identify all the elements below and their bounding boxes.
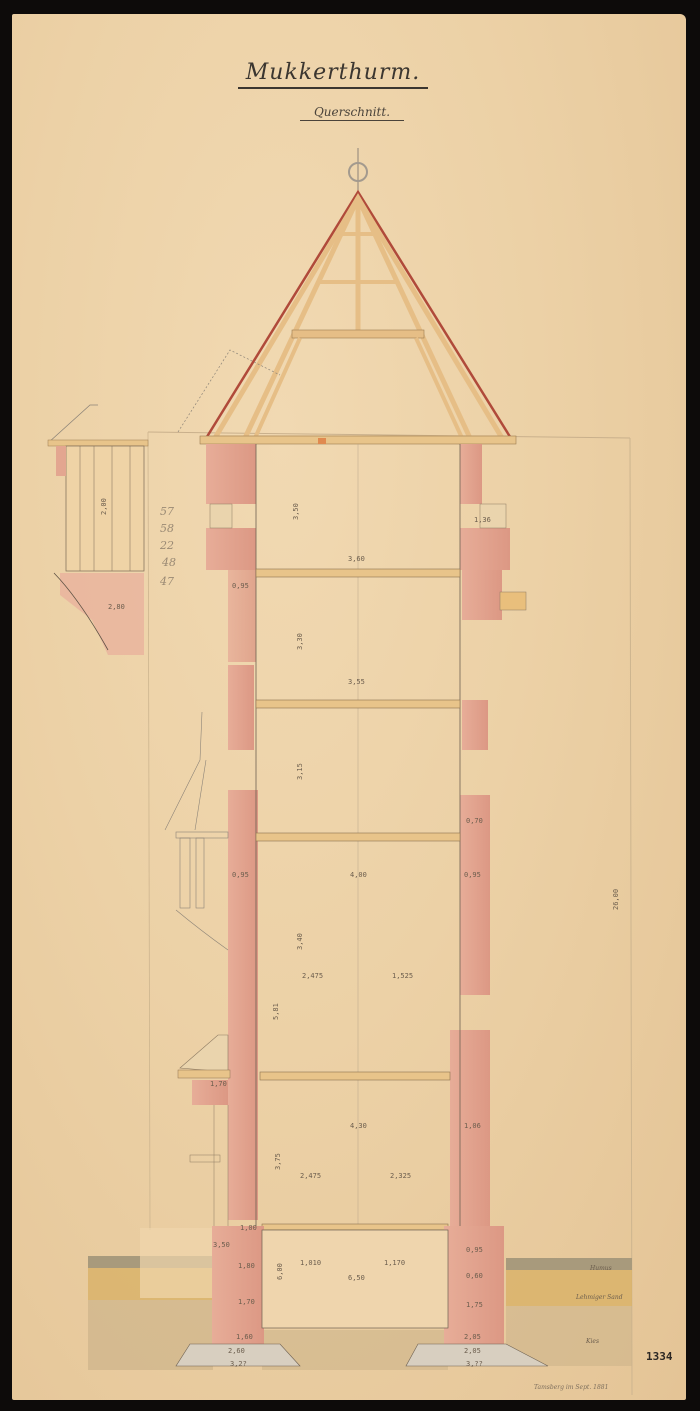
- dim-label: 3,55: [348, 678, 365, 686]
- dim-label: 3,50: [213, 1241, 230, 1249]
- dim-label: 1,170: [384, 1259, 405, 1267]
- post-head: [318, 438, 326, 444]
- dim-label: 0,95: [232, 871, 249, 879]
- pencil-note: 58: [160, 522, 174, 535]
- soil-label-sand: Lehmiger Sand: [576, 1294, 623, 1301]
- dim-label: 4,30: [350, 1122, 367, 1130]
- dim-label: 3,2?: [230, 1360, 247, 1368]
- right-wall: [450, 444, 526, 1230]
- dim-label: 6,50: [348, 1274, 365, 1282]
- dim-label: 2,00: [100, 498, 108, 515]
- dim-label: 2,05: [464, 1347, 481, 1355]
- dim-label: 0,95: [232, 582, 249, 590]
- dim-label: 1,70: [210, 1080, 227, 1088]
- balcony-pencil-detail: [165, 712, 228, 950]
- top-plate: [200, 436, 516, 444]
- dim-label: 2,05: [464, 1333, 481, 1341]
- dim-label: 3,30: [296, 633, 304, 650]
- porch-detail: [178, 1035, 230, 1230]
- roof-truss: [178, 192, 512, 440]
- dim-label: 2,60: [228, 1347, 245, 1355]
- drawing-subtitle: Querschnitt.: [300, 105, 404, 121]
- dim-label: 3,15: [296, 763, 304, 780]
- dim-label: 2,80: [108, 603, 125, 611]
- dim-label: 2,325: [390, 1172, 411, 1180]
- dim-label: 0,60: [466, 1272, 483, 1280]
- pencil-note: 48: [162, 556, 176, 569]
- bay-window-detail: [48, 405, 148, 655]
- dim-label: 4,00: [350, 871, 367, 879]
- pencil-note: 57: [160, 505, 174, 518]
- dim-label: 2,475: [302, 972, 323, 980]
- total-height-label: 26,00: [612, 889, 620, 910]
- dim-label: 6,00: [276, 1263, 284, 1280]
- dim-label: 3,40: [296, 933, 304, 950]
- dim-label: 2,475: [300, 1172, 321, 1180]
- dim-label: 0,70: [466, 817, 483, 825]
- soil-label-humus: Humus: [590, 1265, 612, 1272]
- dim-label: 0,95: [464, 871, 481, 879]
- pencil-note: 47: [160, 575, 174, 588]
- dim-label: 1,36: [474, 516, 491, 524]
- dim-label: 1,70: [238, 1298, 255, 1306]
- archive-number-stamp: 1334: [646, 1350, 673, 1363]
- cross-section-drawing: [0, 0, 700, 1411]
- dim-label: 1,60: [236, 1333, 253, 1341]
- date-note: Tamsberg im Sept. 1881: [534, 1384, 608, 1391]
- dim-label: 3,60: [348, 555, 365, 563]
- dim-label: 1,00: [240, 1224, 257, 1232]
- dim-label: 1,525: [392, 972, 413, 980]
- pencil-note: 22: [160, 539, 174, 552]
- dim-label: 1,06: [464, 1122, 481, 1130]
- drawing-title: Mukkerthurm.: [238, 60, 428, 89]
- dim-label: 1,75: [466, 1301, 483, 1309]
- dim-label: 1,010: [300, 1259, 321, 1267]
- dim-label: 0,95: [466, 1246, 483, 1254]
- dim-label: 3,50: [292, 503, 300, 520]
- dim-label: 1,80: [238, 1262, 255, 1270]
- dim-label: 3,75: [274, 1153, 282, 1170]
- soil-label-gravel: Kies: [586, 1338, 599, 1345]
- dim-label: 3,??: [466, 1360, 483, 1368]
- dim-label: 5,81: [272, 1003, 280, 1020]
